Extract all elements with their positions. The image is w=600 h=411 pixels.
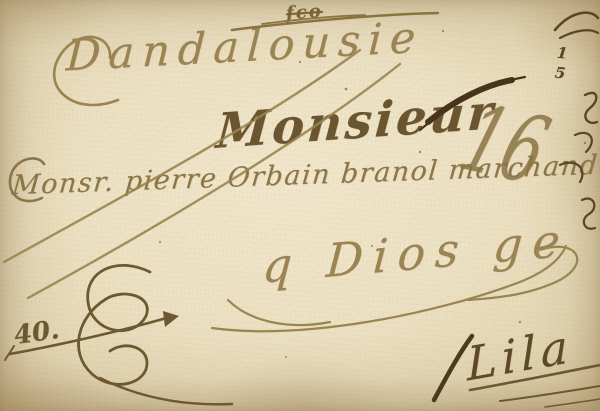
destination-underlines <box>470 365 600 407</box>
rate-mark-40: 40. <box>12 315 61 351</box>
address-capital-flourish <box>10 158 44 201</box>
salutation-accent-stroke <box>420 77 525 130</box>
strike-line <box>232 13 438 30</box>
destination-line: Lila <box>466 318 574 391</box>
crossed-route-note: fco <box>285 1 323 25</box>
rate-mark-16: 16 <box>449 84 562 205</box>
flourish-overlay <box>0 0 600 411</box>
destination-lead-stroke <box>434 336 472 400</box>
blessing-tail-flourish <box>212 246 577 331</box>
diagonal-flourishes <box>4 50 400 298</box>
side-docket: 15 <box>550 43 572 85</box>
address-line: Monsr. pierre Orbain branol marchand <box>11 150 600 202</box>
origin-line: Dandalousie <box>65 13 425 82</box>
paper-texture <box>0 0 600 411</box>
salutation-line: Monsieur <box>214 84 497 160</box>
origin-capital-flourish <box>54 37 118 105</box>
letter-cover: fco Dandalousie Monsieur 16 Monsr. pierr… <box>0 0 600 411</box>
ink-specks <box>159 30 586 358</box>
paraph-flourish <box>5 265 232 404</box>
docket-squiggles <box>555 13 598 229</box>
blessing-line: q Dios ge <box>261 212 572 293</box>
